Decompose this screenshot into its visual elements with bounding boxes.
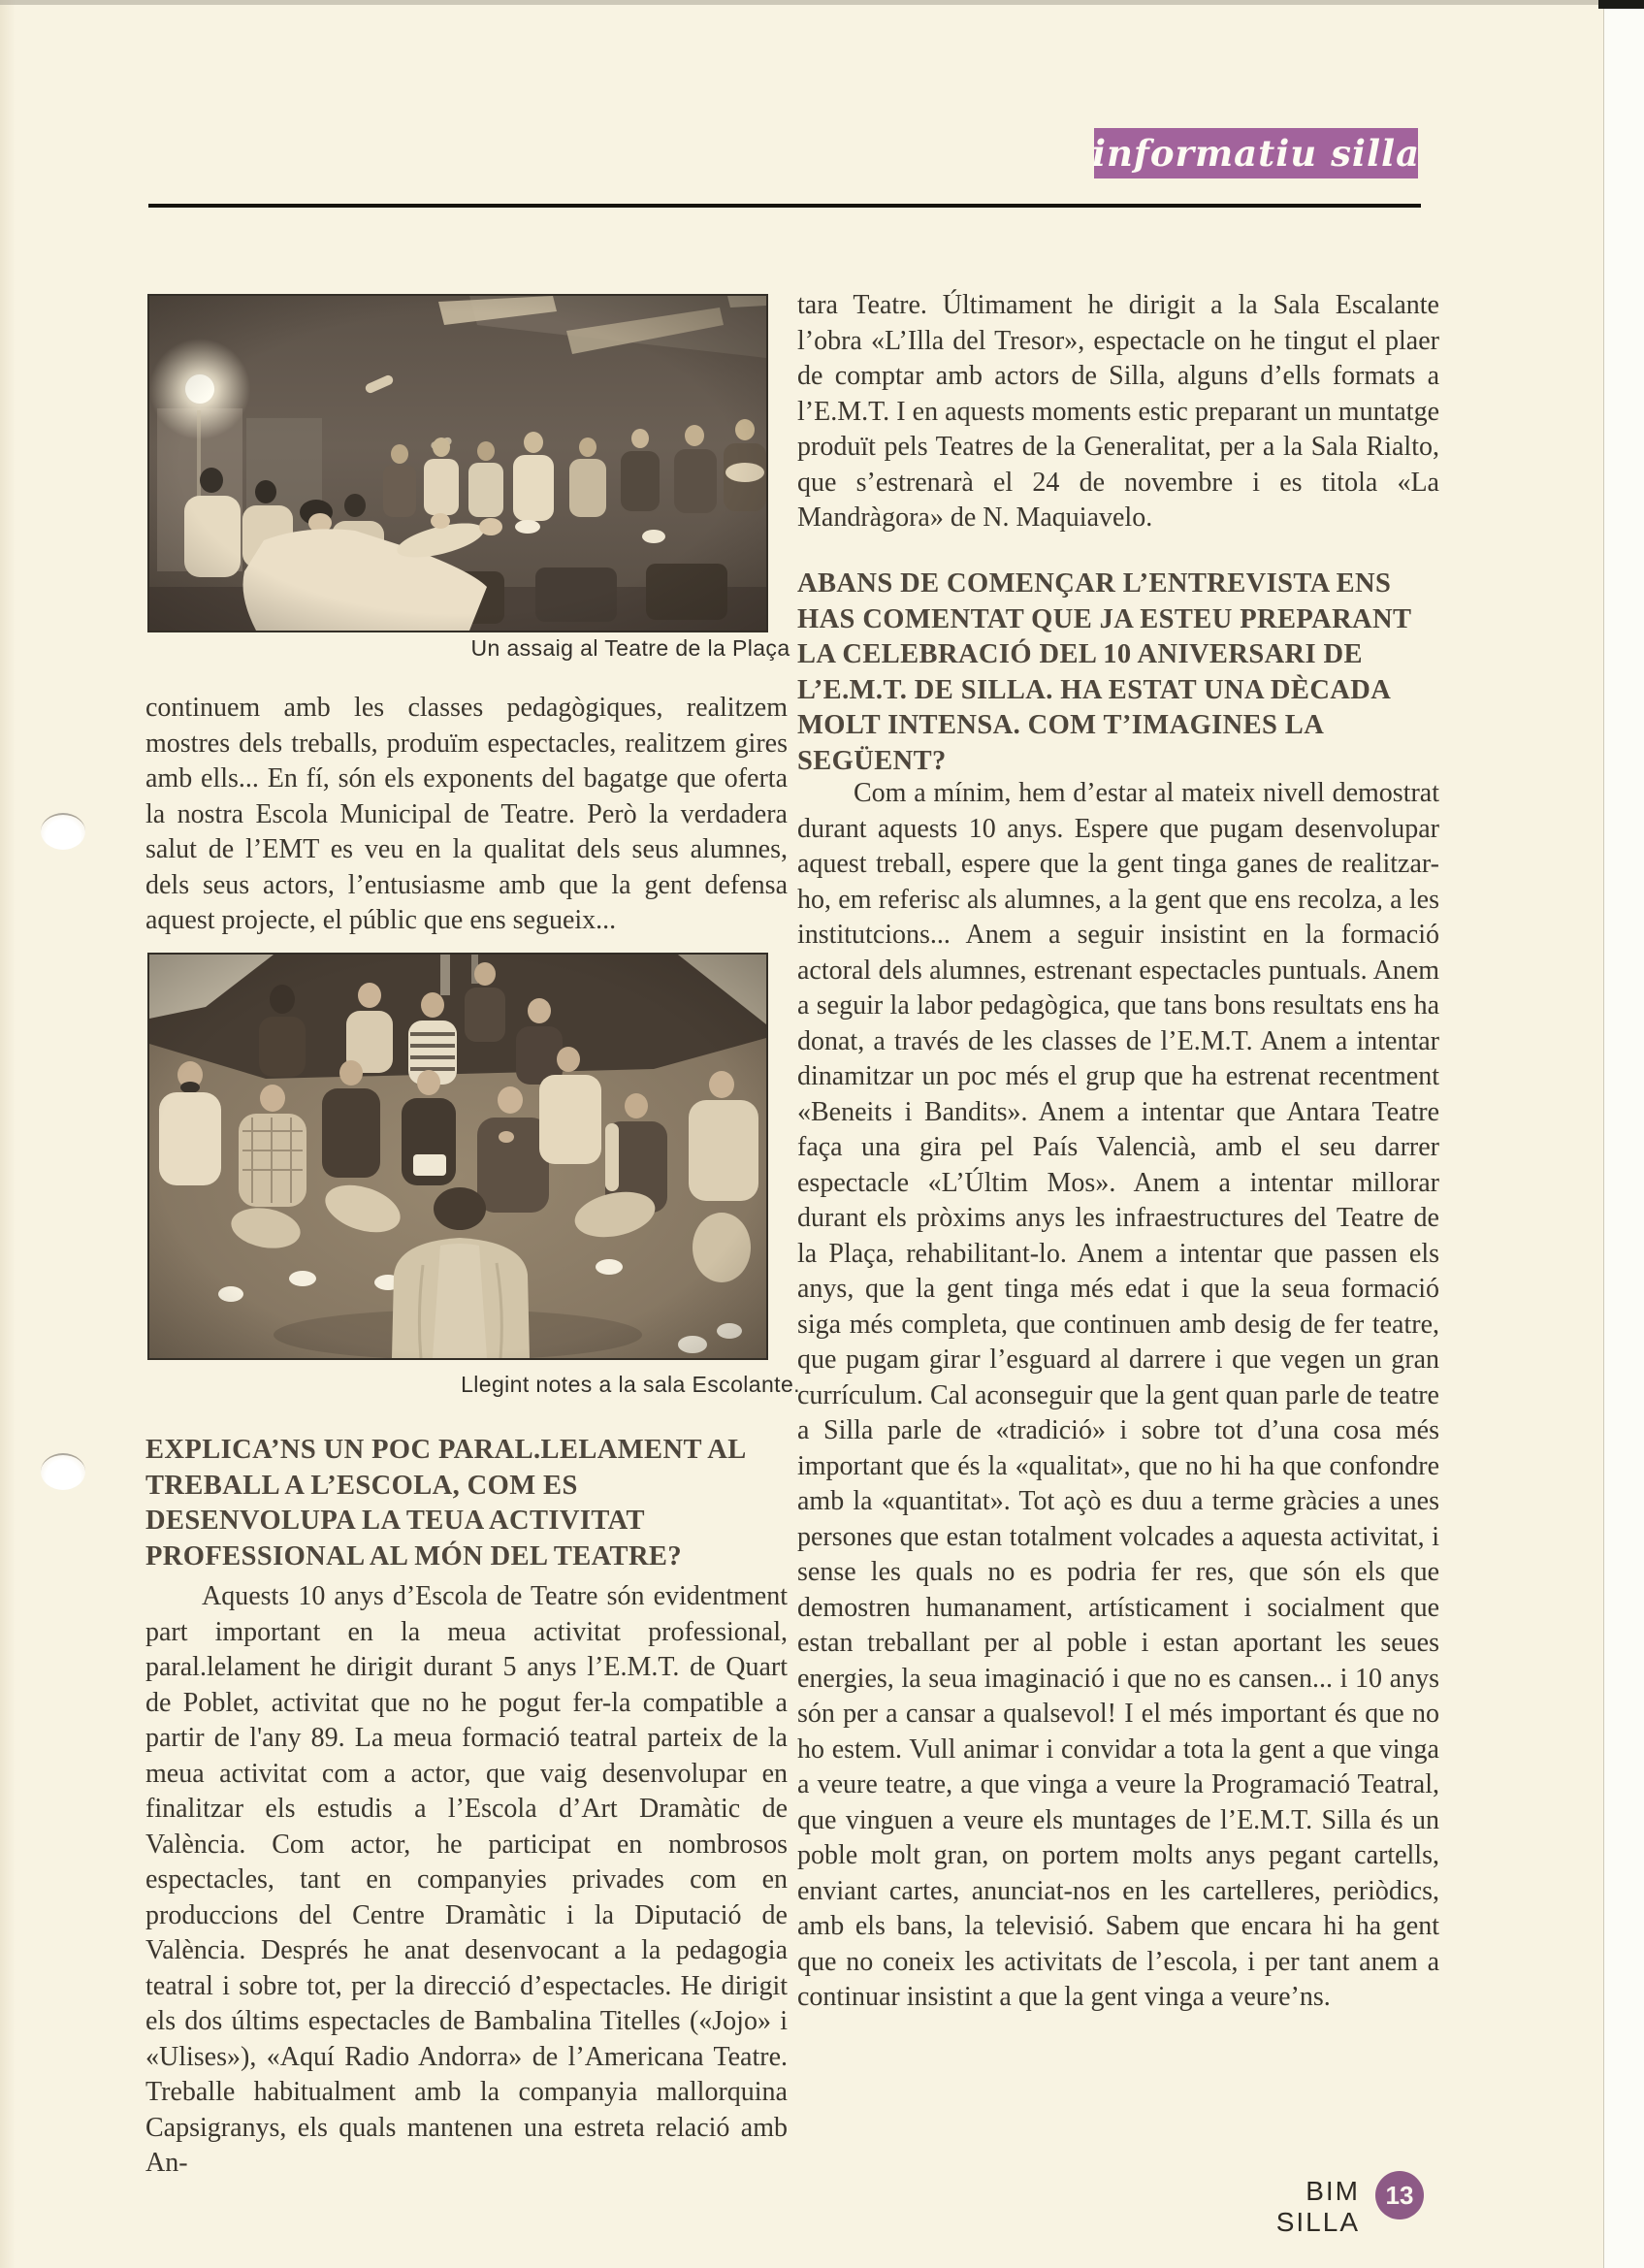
masthead-badge: informatiu silla bbox=[1094, 128, 1418, 178]
scanned-magazine-page: { "masthead": { "title": "informatiu sil… bbox=[0, 0, 1644, 2268]
masthead-title: informatiu silla bbox=[1092, 132, 1420, 175]
scan-edge-top bbox=[0, 0, 1644, 5]
page-number-badge: 13 bbox=[1375, 2171, 1424, 2219]
scan-strip-right bbox=[1603, 0, 1644, 2268]
header-rule bbox=[148, 204, 1421, 208]
right-paragraph-continuation: tara Teatre. Últimament he dirigit a la … bbox=[797, 288, 1439, 536]
question-line: PROFESSIONAL AL MÓN DEL TEATRE? bbox=[145, 1539, 788, 1575]
question-line: EXPLICA’NS UN POC PARAL.LELAMENT AL bbox=[145, 1433, 788, 1469]
left-paragraph-continuation: continuem amb les classes pedagògiques, … bbox=[145, 691, 788, 939]
question-line: TREBALL A L’ESCOLA, COM ES bbox=[145, 1469, 788, 1505]
right-answer-paragraph: Com a mínim, hem d’estar al mateix nivel… bbox=[797, 776, 1439, 2016]
scan-corner-mark bbox=[1598, 0, 1644, 9]
reading-photo-art bbox=[149, 955, 766, 1358]
question-line: DESENVOLUPA LA TEUA ACTIVITAT bbox=[145, 1504, 788, 1539]
question-line: L’E.M.T. DE SILLA. HA ESTAT UNA DÈCADA bbox=[797, 673, 1439, 709]
question-line: SEGÜENT? bbox=[797, 744, 1439, 780]
question-line: LA CELEBRACIÓ DEL 10 ANIVERSARI DE bbox=[797, 637, 1439, 673]
photo-reading bbox=[147, 953, 768, 1360]
photo-caption-2: Llegint notes a la sala Escolante. bbox=[446, 1372, 815, 1398]
photo-rehearsal bbox=[147, 294, 768, 632]
photo-caption-1: Un assaig al Teatre de la Plaça bbox=[456, 635, 805, 662]
hole-punch-bottom bbox=[41, 1453, 85, 1490]
page-number: 13 bbox=[1386, 2181, 1414, 2211]
question-line: ABANS DE COMENÇAR L’ENTREVISTA ENS bbox=[797, 567, 1439, 602]
left-answer-paragraph: Aquests 10 anys d’Escola de Teatre són e… bbox=[145, 1579, 788, 2182]
hole-punch-top bbox=[41, 813, 85, 850]
left-question-heading: EXPLICA’NS UN POC PARAL.LELAMENT AL TREB… bbox=[145, 1433, 788, 1574]
right-question-heading: ABANS DE COMENÇAR L’ENTREVISTA ENS HAS C… bbox=[797, 567, 1439, 779]
question-line: HAS COMENTAT QUE JA ESTEU PREPARANT bbox=[797, 602, 1439, 638]
question-line: MOLT INTENSA. COM T’IMAGINES LA bbox=[797, 708, 1439, 744]
footer-publication: BIM SILLA bbox=[1214, 2176, 1360, 2238]
rehearsal-photo-art bbox=[149, 296, 766, 631]
